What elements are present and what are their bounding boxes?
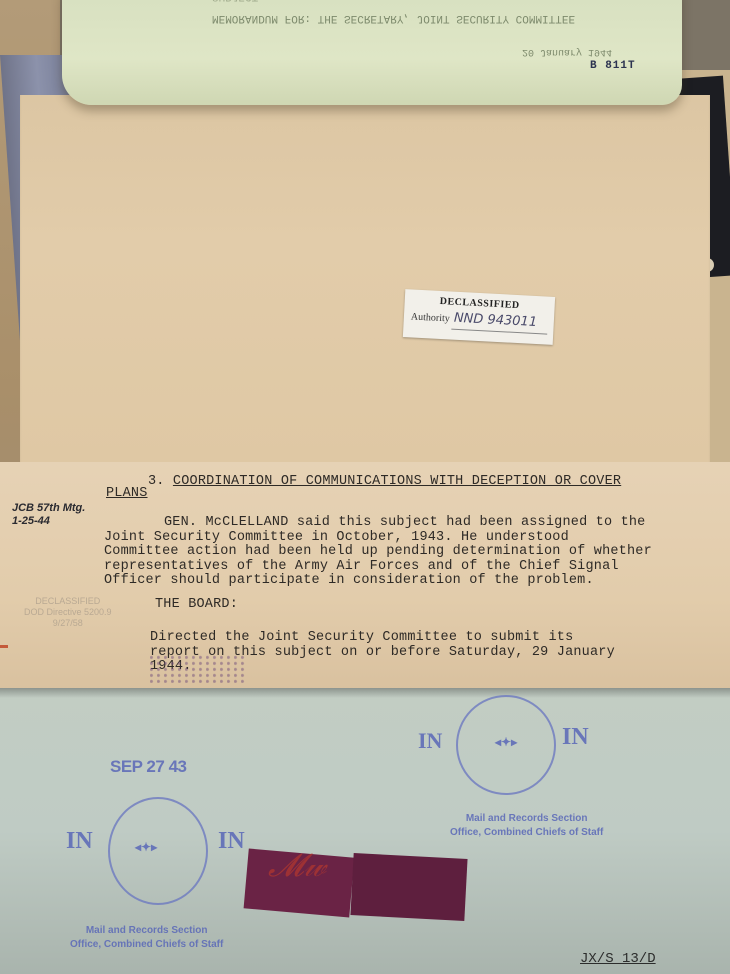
mirrored-text: 20 January 1944 (522, 46, 612, 57)
clock-hands-icon: ◂✦▸ (135, 840, 157, 855)
declassified-title: DECLASSIFIED (405, 294, 555, 313)
in-stamp: IN (66, 828, 93, 855)
office-stamp-line: Mail and Records Section (70, 924, 223, 938)
paragraph-line: Directed the Joint Security Committee to… (150, 631, 615, 646)
item-heading: 3. COORDINATION OF COMMUNICATIONS WITH D… (148, 474, 621, 489)
authority-value: NND 943011 (454, 311, 538, 330)
paragraph-mcclelland: GEN. McCLELLAND said this subject had be… (104, 516, 652, 589)
in-stamp: IN (562, 724, 589, 751)
paragraph-line: representatives of the Army Air Forces a… (104, 560, 652, 575)
office-stamp-line: Office, Combined Chiefs of Staff (450, 826, 603, 840)
paragraph-line: Committee action had been held up pendin… (104, 545, 652, 560)
sheet-code: B 811T (590, 60, 636, 72)
red-pencil-mark (0, 645, 8, 648)
office-stamp-line: Office, Combined Chiefs of Staff (70, 938, 223, 952)
file-code: JX/S 13/D (580, 951, 656, 967)
board-label: THE BOARD: (155, 597, 238, 612)
office-stamp-line: Mail and Records Section (450, 812, 603, 826)
office-stamp: Mail and Records Section Office, Combine… (70, 924, 223, 952)
handwritten-initials: 𝓜𝓌 (268, 846, 326, 885)
office-stamp: Mail and Records Section Office, Combine… (450, 812, 603, 840)
declassified-label: DECLASSIFIED Authority NND 943011 (403, 289, 555, 345)
stamp-line: DOD Directive 5200.9 (24, 607, 112, 618)
mirrored-text: SUBJECT: (212, 0, 265, 2)
clock-stamp-icon (108, 797, 208, 905)
rolled-top-sheet: SUBJECT: MEMORANDUM FOR: THE SECRETARY, … (62, 0, 682, 105)
mirrored-text: MEMORANDUM FOR: THE SECRETARY, JOINT SEC… (212, 12, 575, 24)
in-stamp: IN (418, 728, 442, 754)
clock-hands-icon: ◂✦▸ (495, 735, 517, 750)
tape-patch (350, 853, 467, 921)
date-stamp: SEP 27 43 (110, 757, 186, 777)
margin-note: JCB 57th Mtg. 1-25-44 (12, 502, 85, 528)
stamp-line: 9/27/58 (24, 618, 112, 629)
ink-speckle (150, 655, 245, 683)
item-number: 3. (148, 474, 165, 489)
paragraph-line: Joint Security Committee in October, 194… (104, 531, 652, 546)
authority-label: Authority (411, 311, 450, 324)
in-stamp: IN (218, 828, 245, 855)
sheet-shadow (0, 688, 730, 698)
paragraph-line: GEN. McCLELLAND said this subject had be… (104, 516, 652, 531)
paragraph-line: Officer should participate in considerat… (104, 574, 652, 589)
item-title-continued: PLANS (106, 486, 148, 501)
declassification-stamp: DECLASSIFIED DOD Directive 5200.9 9/27/5… (24, 596, 112, 629)
item-title: COORDINATION OF COMMUNICATIONS WITH DECE… (173, 474, 621, 489)
margin-note-meeting: JCB 57th Mtg. (12, 502, 85, 515)
margin-note-date: 1-25-44 (12, 515, 85, 528)
tan-sheet (20, 95, 710, 467)
stamp-line: DECLASSIFIED (24, 596, 112, 607)
